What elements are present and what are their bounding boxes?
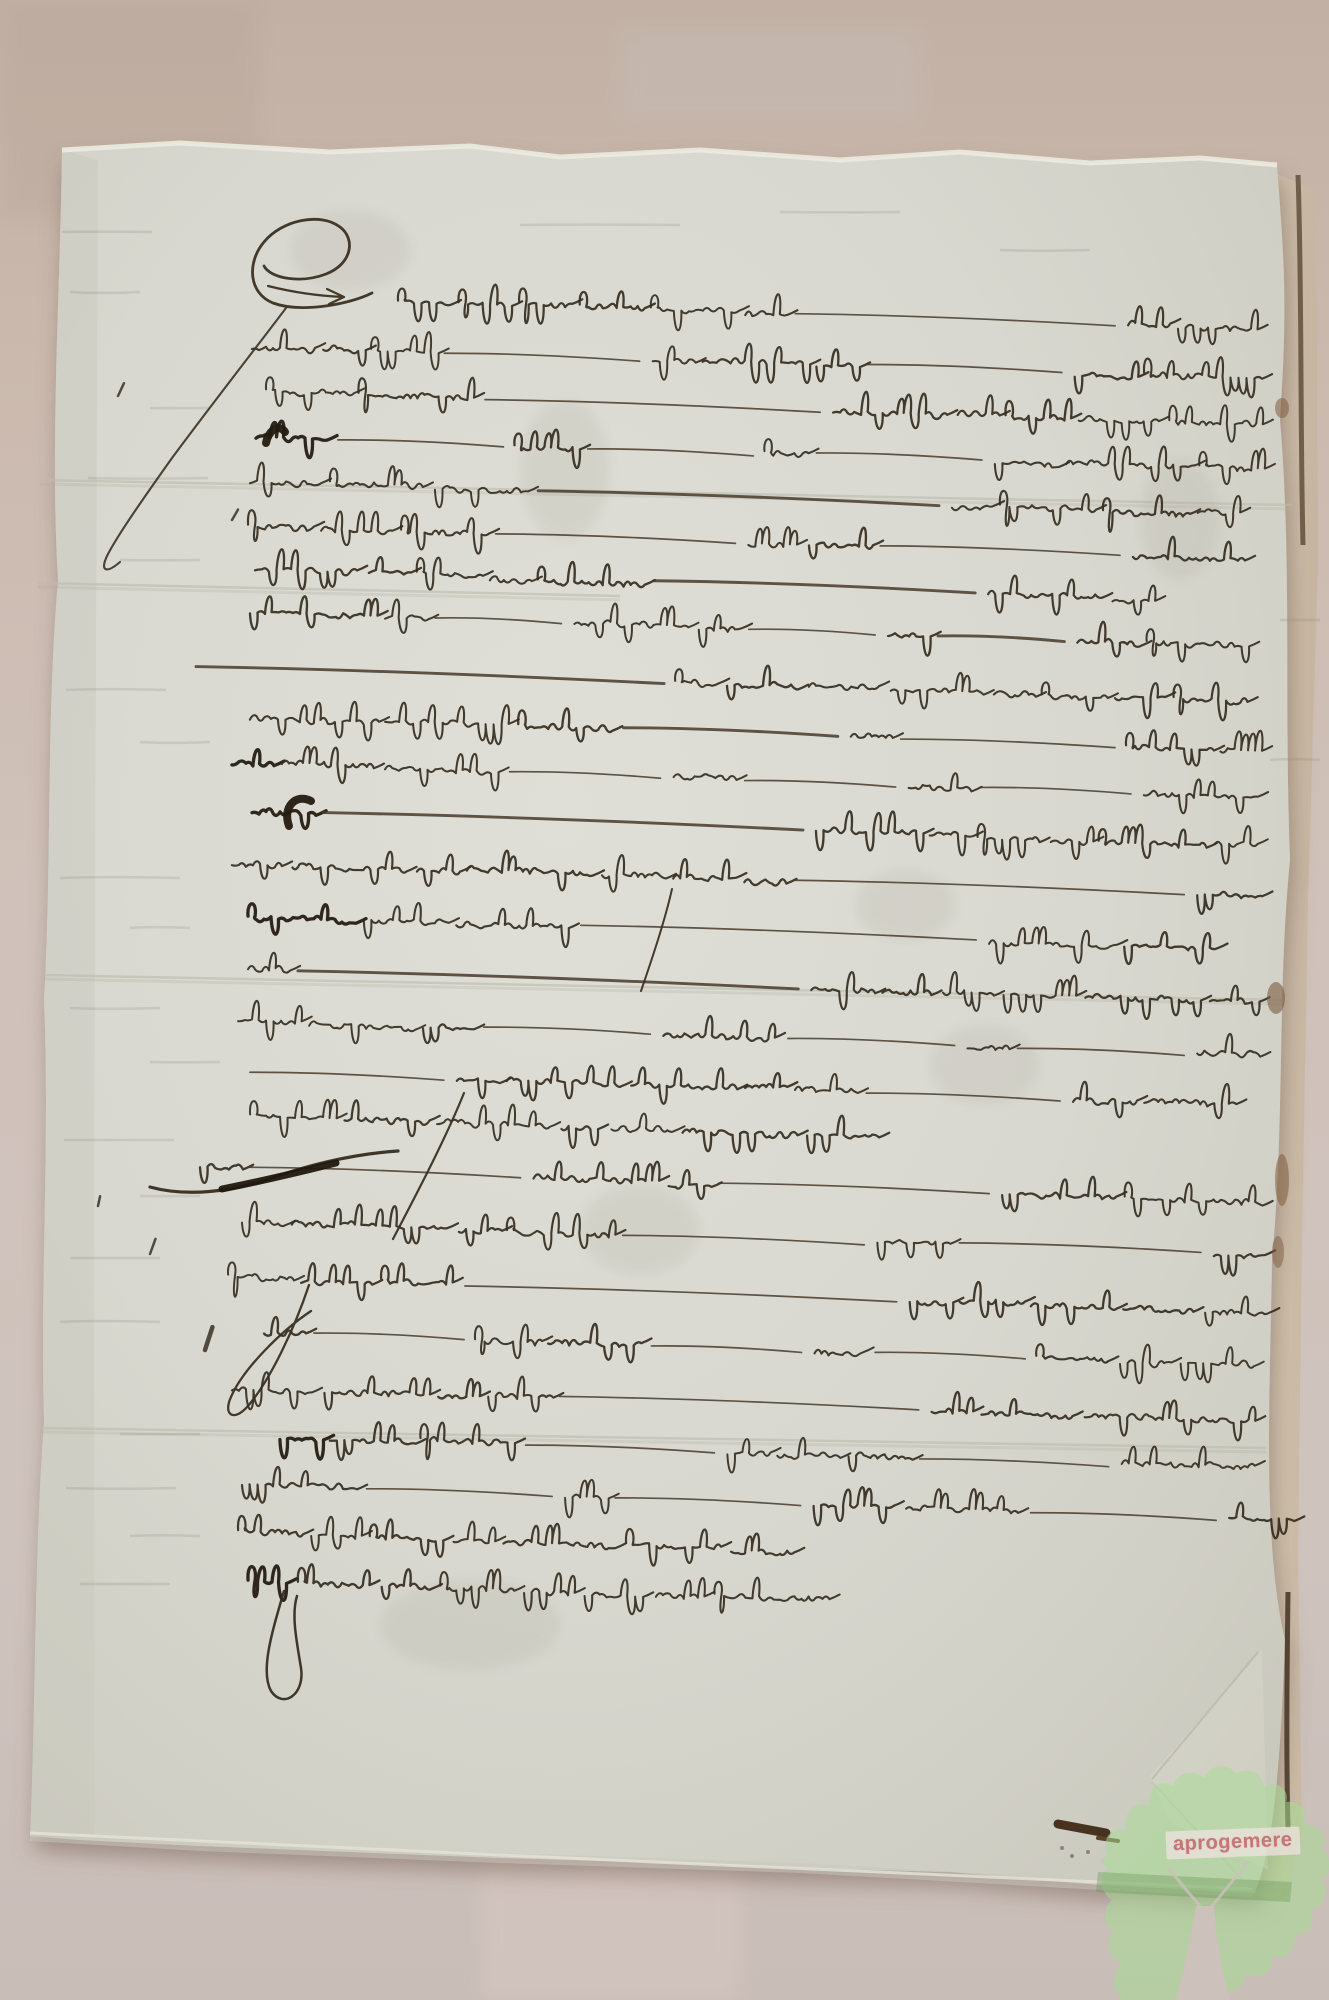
- watermark-label: aprogemere: [1166, 1826, 1300, 1859]
- edge-stain: [1267, 982, 1285, 1014]
- bleed-mark: [88, 478, 208, 479]
- bleed-mark: [70, 1008, 160, 1009]
- bleed-mark: [66, 1488, 176, 1489]
- ink-smudge: [930, 1025, 1040, 1105]
- bleed-mark: [130, 927, 190, 928]
- edge-stain: [1272, 1236, 1284, 1268]
- manuscript-scan: [0, 0, 1329, 2000]
- ink-smudge: [580, 1185, 700, 1275]
- edge-stain: [1275, 1154, 1289, 1206]
- bleed-mark: [60, 877, 180, 878]
- bleed-mark: [1270, 759, 1320, 760]
- paper-sheet: [30, 143, 1290, 1893]
- ink-smudge: [855, 870, 955, 940]
- bleed-mark: [60, 1321, 160, 1322]
- edge-stain: [1275, 398, 1289, 418]
- bleed-mark: [66, 689, 166, 690]
- bleed-mark: [70, 292, 140, 293]
- ink-smudge: [520, 400, 610, 540]
- bleed-mark: [520, 224, 680, 225]
- ink-smudge: [380, 1580, 560, 1670]
- bleed-mark: [130, 1535, 200, 1536]
- bleed-mark: [140, 742, 210, 743]
- bleed-mark: [1000, 250, 1090, 251]
- manuscript-photo: aprogemere: [0, 0, 1329, 2000]
